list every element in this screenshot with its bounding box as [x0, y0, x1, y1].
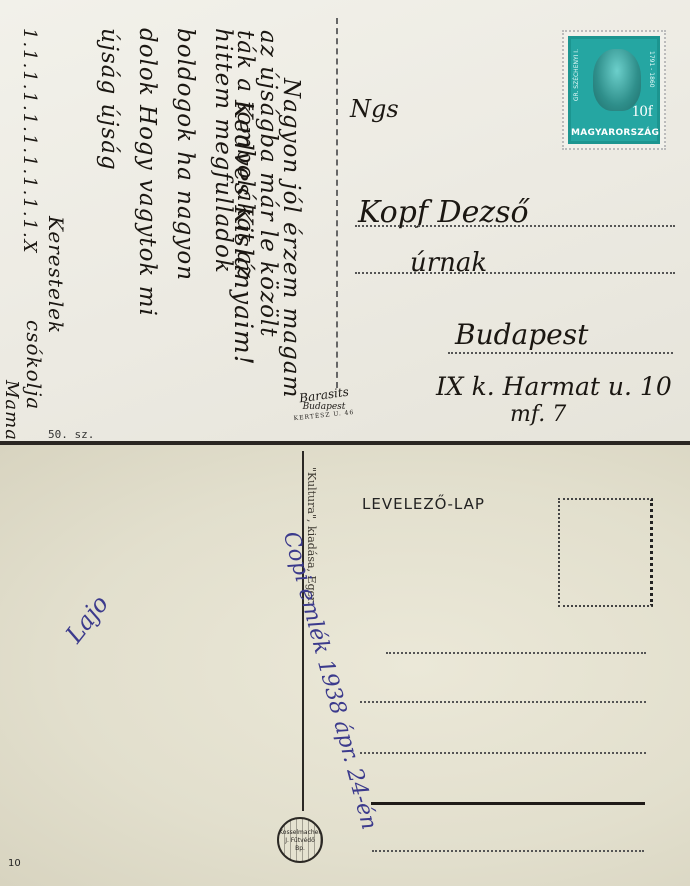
handwritten-date: Copi emlék 1938 ápr. 24-én — [278, 529, 382, 832]
message-closing: Kerestelek — [44, 216, 68, 334]
message-line: dolok Hogy vagytok mi — [134, 28, 160, 317]
side-marks: 1.1.1.1.1.1.1.1.1.1.X — [19, 28, 40, 255]
publisher-stamp: Barasits Budapest KERTÉSZ U. 46 — [282, 388, 366, 434]
address-underline — [371, 802, 645, 805]
address-apartment: mf. 7 — [510, 402, 566, 427]
globe-mark-line: J. Fűtvédő — [279, 837, 321, 845]
globe-icon: Kosselmacher J. Fűtvédő Bp. — [277, 817, 323, 863]
message-line: hittem megfulladok — [210, 28, 236, 274]
card-divider — [336, 18, 338, 388]
stamp-years: 1791 - 1860 — [648, 51, 655, 88]
stamp-placeholder-box — [558, 498, 653, 607]
message-line: boldogok ha nagyon — [172, 28, 198, 281]
address-line — [386, 652, 646, 654]
address-line — [355, 272, 675, 274]
address-line — [360, 701, 646, 703]
series-number: 50. sz. — [48, 428, 94, 441]
handwritten-scribble: Lajo — [60, 590, 114, 648]
postcard-back: "Kultura", kiadása, Eger. Kosselmacher J… — [0, 445, 690, 886]
address-line — [355, 225, 675, 227]
stamp-country: MAGYARORSZÁG — [571, 128, 657, 138]
address-honorific: Ngs — [350, 95, 399, 123]
stamp-value: 10f — [632, 103, 653, 121]
globe-mark-line: Kosselmacher — [279, 829, 321, 837]
message-line: Nagyon jól érzem magam — [278, 78, 304, 398]
address-line — [372, 850, 644, 852]
stamp-portrait-label: GR. SZÉCHENYI I. — [573, 49, 580, 101]
message-closing: Mama — [1, 380, 22, 441]
postcard-front: Kedves Kislányaim! Nagyon jól érzem maga… — [0, 0, 690, 445]
message-line: újság újság — [96, 28, 122, 171]
address-street: IX k. Harmat u. 10 — [436, 372, 672, 401]
address-city: Budapest — [455, 318, 588, 351]
card-number: 10 — [8, 858, 21, 869]
postcard-heading: LEVELEZŐ-LAP — [362, 495, 485, 513]
address-line — [360, 752, 646, 754]
message-line: az újságba már le közölt — [255, 30, 281, 338]
portrait-icon — [593, 49, 641, 111]
message-closing: csókolja — [22, 320, 46, 410]
postage-stamp: GR. SZÉCHENYI I. 1791 - 1860 10f MAGYARO… — [562, 30, 666, 150]
address-line — [448, 352, 673, 354]
globe-mark-line: Bp. — [279, 845, 321, 853]
